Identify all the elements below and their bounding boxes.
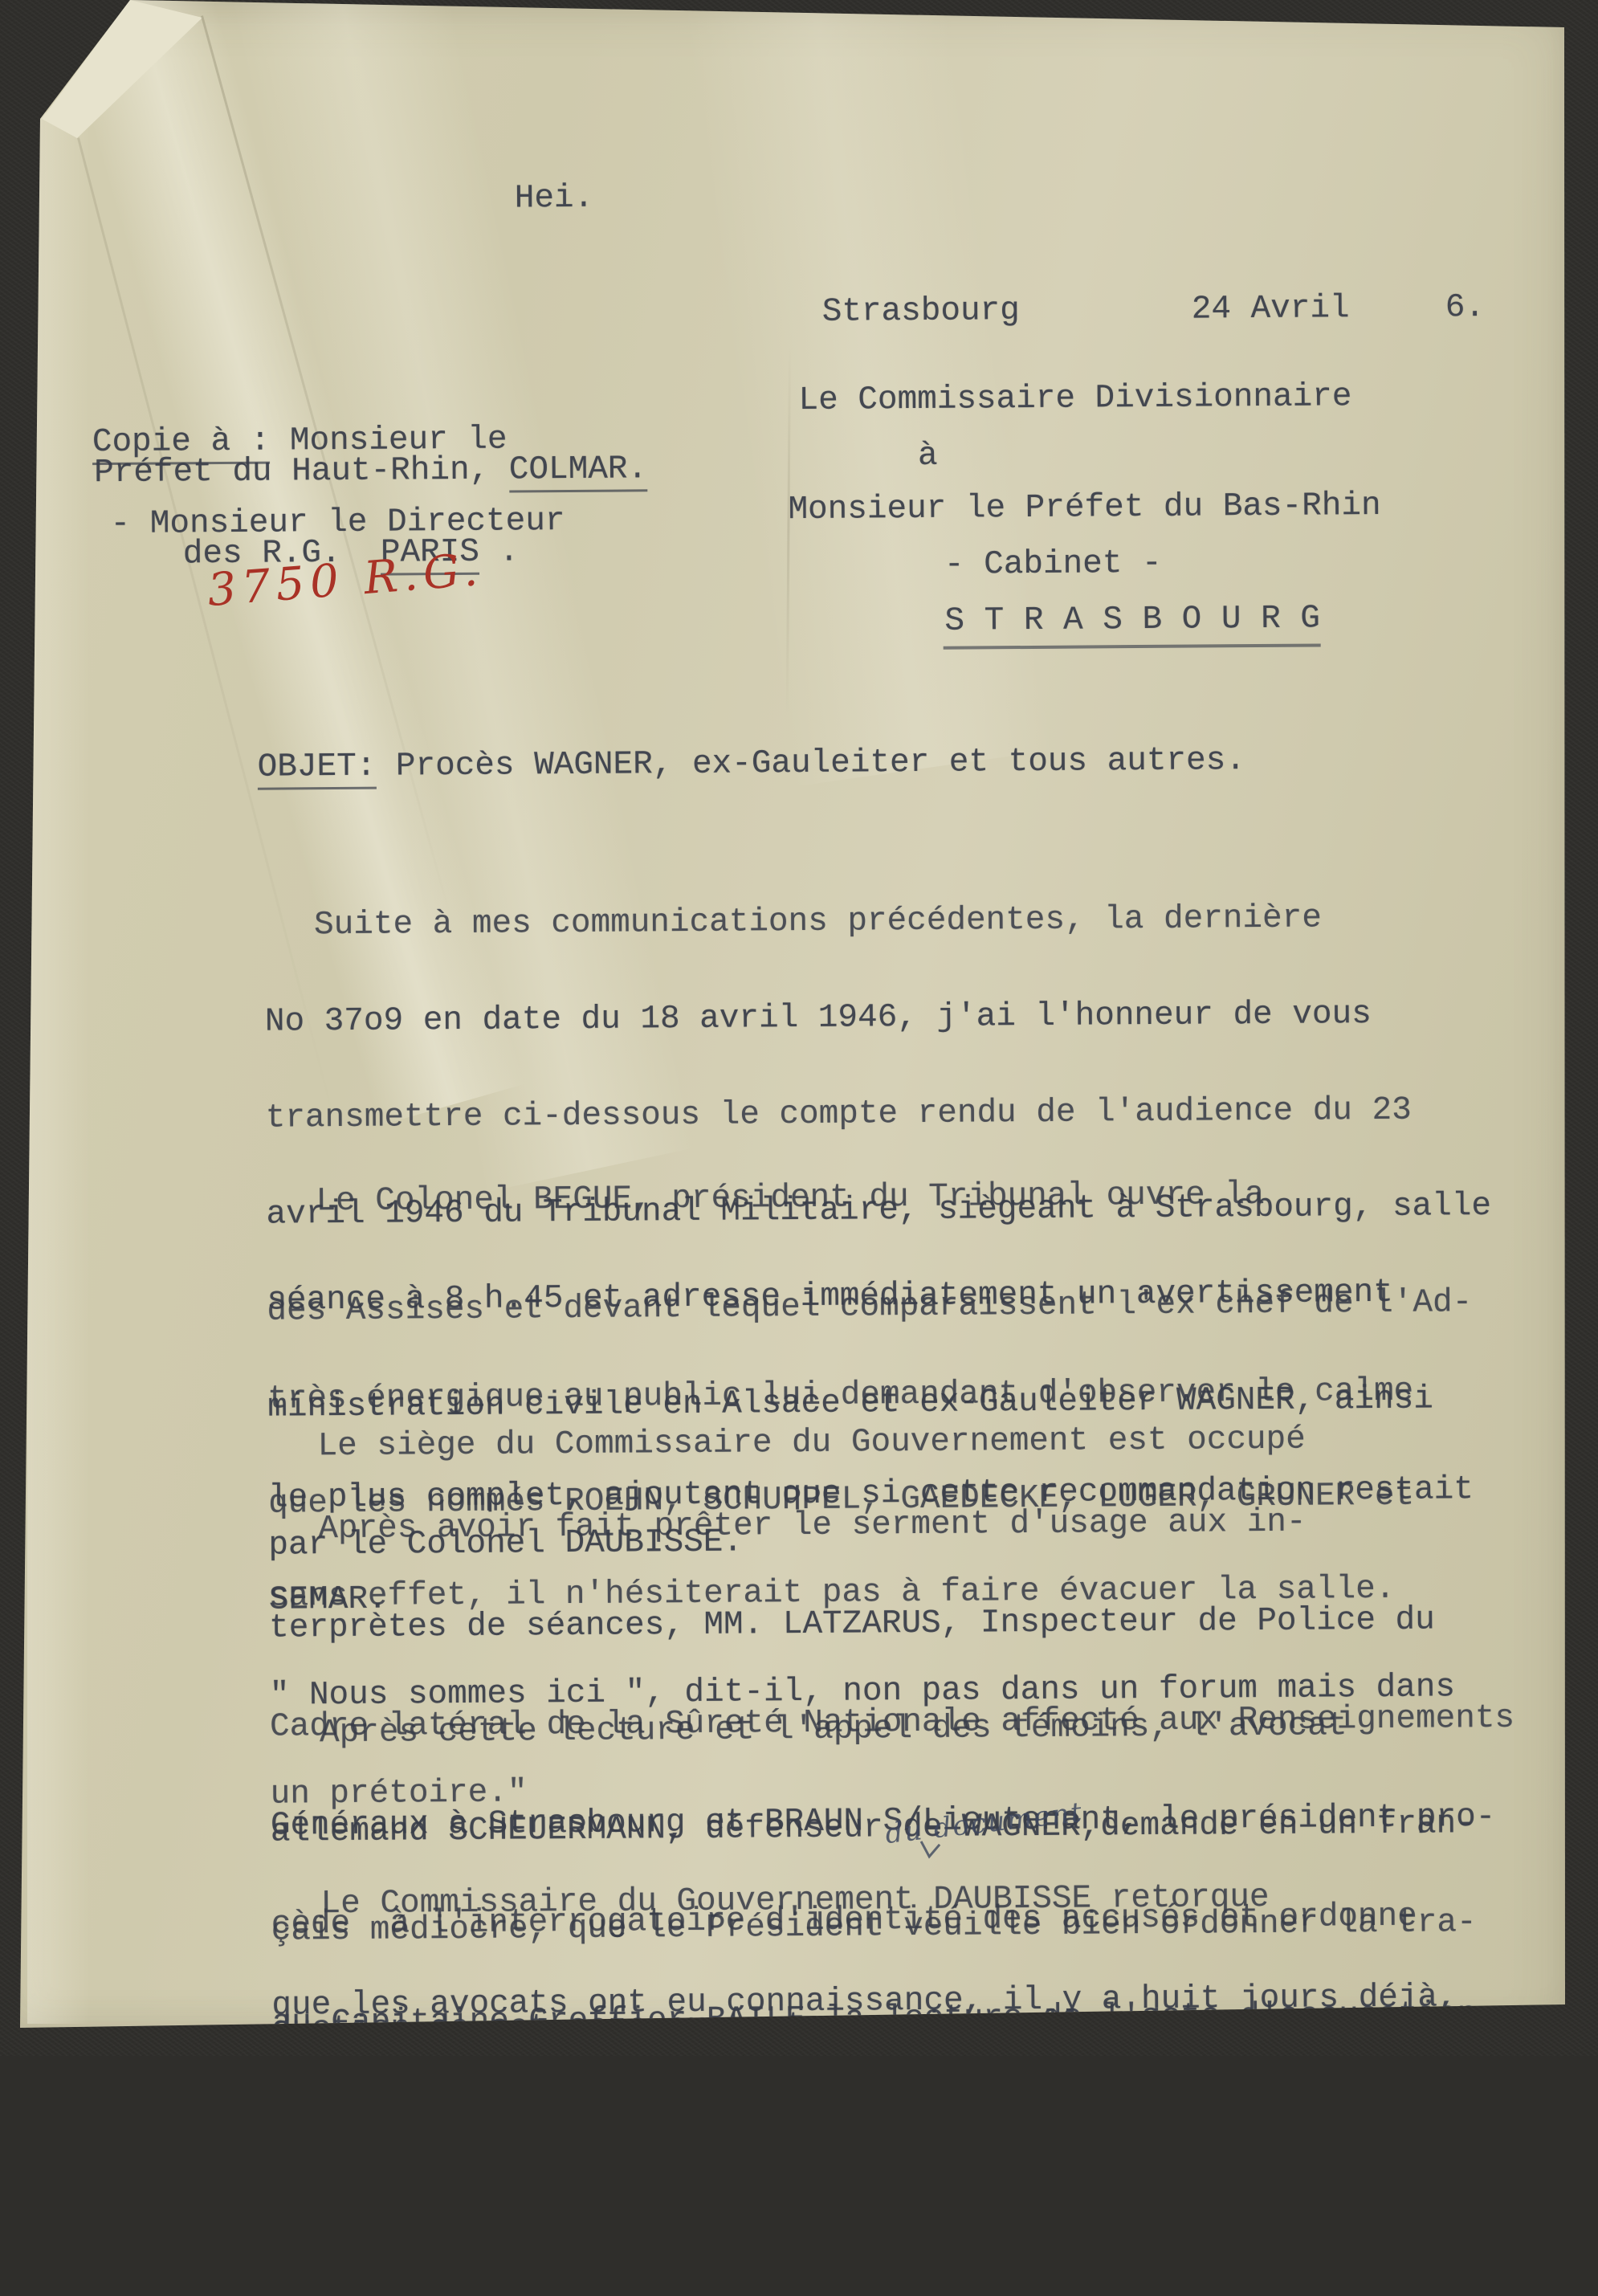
copy-line-2-city: COLMAR. (509, 451, 648, 492)
copy-line-4-period: . (479, 533, 520, 570)
sender-to-word: à (918, 438, 938, 475)
copy-line-2: Préfet du Haut-Rhin, COLMAR. (94, 451, 647, 491)
typed-text-layer: Hei. Strasbourg 24 Avril 6. Le Commissai… (0, 0, 1598, 2056)
body-line: No 37o9 en date du 18 avril 1946, j'ai l… (265, 997, 1490, 1038)
body-line: séance à 8 h.45 et adresse immédiatement… (267, 1276, 1472, 1317)
document-page: Hei. Strasbourg 24 Avril 6. Le Commissai… (0, 0, 1598, 2056)
paragraph: Le Commissaire du Gouvernement DAUBISSE … (271, 1812, 1459, 2056)
recipient-title: Monsieur le Préfet du Bas-Rhin (788, 487, 1380, 528)
subject-label: OBJET: (258, 748, 377, 790)
recipient-cabinet: - Cabinet - (944, 545, 1162, 584)
body-line: Après avoir fait prêter le serment d'usa… (268, 1505, 1513, 1547)
dateline-city: Strasbourg (822, 292, 1020, 331)
dateline-page-number: 6. (1445, 289, 1486, 326)
subject-line: OBJET: Procès WAGNER, ex-Gauleiter et to… (258, 742, 1245, 786)
copy-line-2-text: Préfet du Haut-Rhin, (94, 452, 509, 492)
recipient-city: S T R A S B O U R G (944, 600, 1320, 639)
body-line: terprètes de séances, MM. LATZARUS, Insp… (269, 1604, 1514, 1646)
body-line: Suite à mes communications précédentes, … (264, 901, 1490, 942)
subject-text: Procès WAGNER, ex-Gauleiter et tous autr… (376, 742, 1245, 785)
insertion-caret-icon (918, 1840, 942, 1859)
recipient-city-underline (944, 643, 1321, 649)
handler-initials: Hei. (515, 180, 594, 218)
sender-title: Le Commissaire Divisionnaire (798, 378, 1351, 419)
dateline-date: 24 Avril (1192, 290, 1350, 328)
body-line: Après cette lecture et l'appel des témoi… (270, 1709, 1475, 1750)
body-line: que les avocats ont eu connaissance, il … (271, 1980, 1457, 2022)
body-line: Le Colonel BEGUE, président du Tribunal … (266, 1177, 1471, 1218)
body-line: Le Commissaire du Gouvernement DAUBISSE … (271, 1879, 1457, 1921)
